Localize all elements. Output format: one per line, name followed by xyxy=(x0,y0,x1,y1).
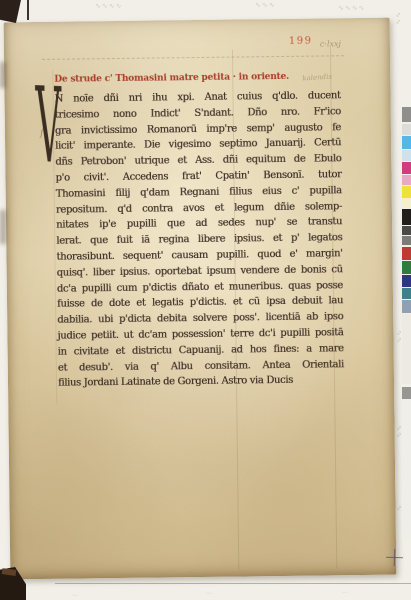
cradle-edge-line xyxy=(27,0,29,20)
show-through-marks: ∿∿∿∿ xyxy=(95,2,122,10)
backdrop-tick-mark: ﹏ xyxy=(206,586,212,595)
backdrop-tick-mark: ﹏ xyxy=(72,588,78,597)
show-through-marks: ∿∿∿ xyxy=(255,1,276,9)
backdrop-tick-mark: ﹏ xyxy=(342,585,348,594)
calibration-patch xyxy=(402,226,411,235)
binding-corner-top-left xyxy=(0,0,21,23)
gutter-smudge xyxy=(0,62,6,88)
ruling-line-horizontal xyxy=(42,55,344,60)
marginal-note: kalendis xyxy=(302,73,332,83)
calibration-patch xyxy=(402,175,411,185)
calibration-patch xyxy=(402,186,411,198)
calibration-patch xyxy=(402,209,411,225)
folio-number: 199 xyxy=(289,36,313,47)
calibration-patch xyxy=(402,150,411,161)
calibration-patch xyxy=(402,136,411,149)
calibration-patch xyxy=(402,236,411,245)
calibration-patch xyxy=(402,107,411,122)
calibration-patch xyxy=(402,288,411,299)
calibration-patch xyxy=(402,400,411,540)
old-foliation: c·lxxj xyxy=(320,39,341,48)
color-calibration-bar xyxy=(401,0,411,600)
calibration-patch xyxy=(402,247,411,260)
text-line: filius Jordani Latinate de Gorgeni. Astr… xyxy=(58,373,344,392)
manuscript-page: 199 c·lxxj De strude c' Thomasini matre … xyxy=(4,18,397,580)
cradle-edge-line-bottom xyxy=(55,583,411,584)
rubric-line: De strude c' Thomasini matre petita · in… xyxy=(54,72,310,85)
manuscript-photo: ∿∿∿∿ ∿∿∿ ∿∿∿∿ ∿∿ ∿∿ ∿∿ ∿ 199 c·lxxj De s… xyxy=(0,0,411,600)
calibration-patch xyxy=(402,314,411,384)
calibration-patch xyxy=(402,162,411,174)
text-block: N noīe dñi nri ihu xpi. Anat cuius q'dlo… xyxy=(54,88,344,392)
calibration-patch xyxy=(402,387,411,399)
calibration-patch xyxy=(402,261,411,274)
gutter-smudge xyxy=(0,210,6,244)
calibration-patch xyxy=(402,275,411,287)
calibration-patch xyxy=(402,124,411,135)
show-through-marks: ∿∿∿∿ xyxy=(338,4,365,12)
registration-cross-icon xyxy=(386,549,404,567)
calibration-patch xyxy=(402,300,411,313)
calibration-patch xyxy=(402,198,411,208)
